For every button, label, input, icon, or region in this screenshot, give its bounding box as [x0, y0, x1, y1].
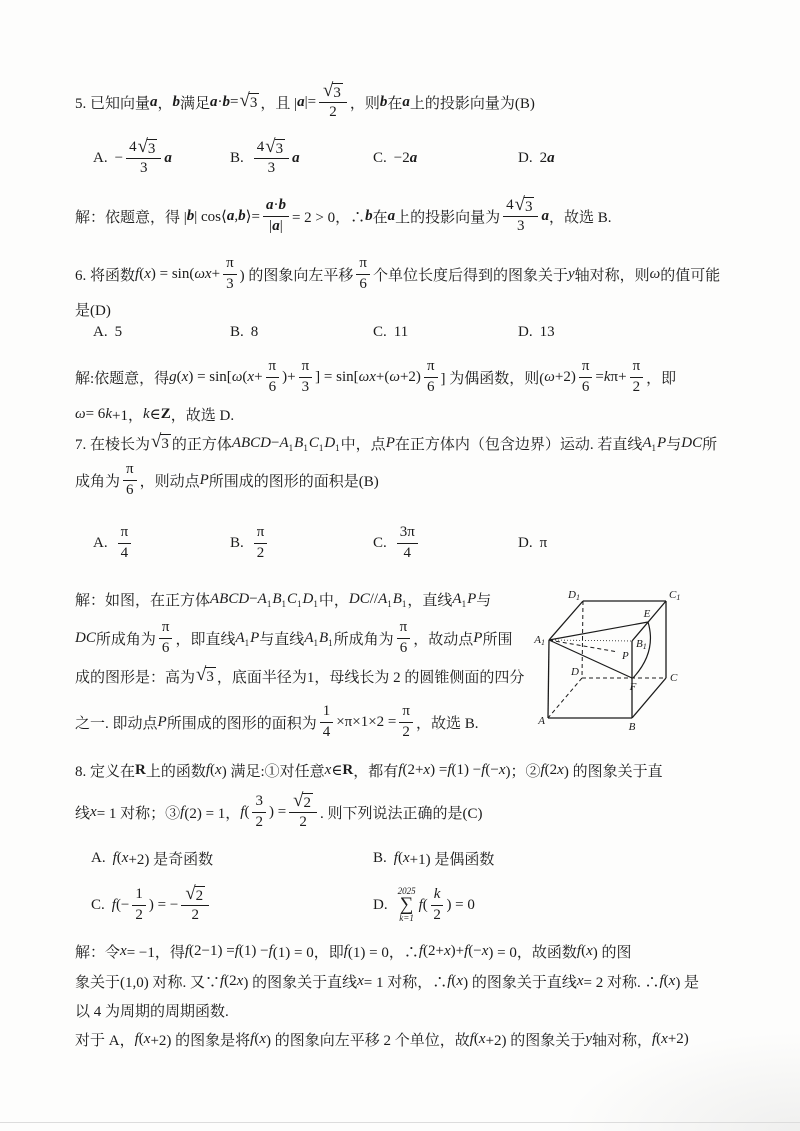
- svg-text:D1: D1: [567, 589, 580, 602]
- fraction-numerator: π: [397, 619, 411, 638]
- text-run: ，底面半径为1，母线长为 2 的圆锥侧面的四分: [217, 666, 525, 687]
- text-run: −: [249, 591, 257, 608]
- text-run: 3: [206, 669, 214, 686]
- math-run: x: [325, 762, 332, 779]
- text-run: ，则: [350, 92, 380, 113]
- text-run: 7. 在棱长为: [75, 433, 150, 454]
- fraction-numerator: π: [579, 358, 593, 377]
- text-run: 成角为: [75, 470, 120, 491]
- math-run: A: [235, 630, 244, 647]
- fraction: a·b|a|: [263, 197, 289, 235]
- svg-text:B: B: [629, 721, 636, 733]
- radicand: 3: [275, 139, 286, 158]
- option-A: A.f(x+2) 是奇函数: [91, 848, 373, 869]
- fraction-numerator: π: [118, 524, 132, 543]
- fraction: 4√33: [503, 197, 538, 236]
- q7-statement-2: 成角为π6，则动点 P 所围成的图形的面积是(B): [75, 458, 747, 502]
- math-run: 1: [267, 599, 272, 609]
- math-run: P: [200, 472, 209, 489]
- fraction-denominator: 4: [121, 544, 129, 562]
- text-run: 4: [121, 545, 129, 562]
- fraction-denominator: 2: [191, 906, 199, 924]
- math-run: C: [287, 591, 297, 608]
- cube-figure: D1 C1 E A1 B1 P D F C A B: [528, 580, 704, 740]
- radical-sign: √: [196, 666, 206, 685]
- text-run: (−: [468, 943, 481, 960]
- text-run: 个单位长度后得到的图象关于: [373, 264, 568, 285]
- text-run: +1，: [112, 404, 143, 425]
- q8-statement-2: 线 x = 1 对称；③f(2) = 1，f(32) =√22. 则下列说法正确…: [75, 786, 747, 838]
- q5-solution: 解：依题意，得 |b| cos⟨a,b⟩=a·b|a|= 2 > 0，∴b在a上…: [75, 188, 747, 244]
- text-run: 对于 A，: [75, 1029, 135, 1050]
- text-run: 3: [268, 160, 276, 177]
- text-run: 解：如图，在正方体: [75, 589, 210, 610]
- math-run: x: [423, 762, 430, 779]
- text-run: 3: [250, 95, 258, 112]
- text-run: 2: [303, 795, 311, 812]
- fraction-numerator: π: [223, 255, 237, 274]
- fraction-denominator: 2: [299, 813, 307, 831]
- math-run: x: [259, 1031, 266, 1048]
- text-run: π: [302, 358, 310, 375]
- fraction-denominator: 3: [517, 217, 525, 235]
- option-D: D.2025∑k=1f(k2) = 0: [373, 886, 475, 924]
- text-run: 6: [359, 276, 367, 293]
- text-run: 2: [135, 907, 143, 924]
- math-run: b: [380, 94, 388, 111]
- math-run: A: [279, 435, 288, 452]
- line-a1p: [549, 640, 618, 652]
- math-run: a: [410, 150, 418, 167]
- fraction: π2: [630, 358, 644, 396]
- text-run: ，故选 D.: [171, 404, 234, 425]
- text-run: 3: [525, 199, 533, 216]
- option-C: C.11: [373, 324, 518, 341]
- fraction-numerator: π: [424, 358, 438, 377]
- fraction-numerator: 4√3: [503, 197, 538, 218]
- text-run: ] = sin[: [315, 369, 358, 386]
- text-run: +1) 是偶函数: [410, 848, 495, 869]
- text-run: 3: [276, 141, 284, 158]
- text-run: ，都有: [353, 760, 398, 781]
- math-run: ω: [544, 369, 555, 386]
- fraction-numerator: 4√3: [254, 139, 289, 160]
- math-run: a: [210, 94, 218, 111]
- fraction: π4: [118, 524, 132, 562]
- text-run: 5: [115, 324, 123, 341]
- text-run: = 1 对称；③: [97, 802, 180, 823]
- math-run: 1: [335, 443, 340, 453]
- text-run: 3: [140, 160, 148, 177]
- text-run: π: [582, 358, 590, 375]
- fraction-denominator: 3: [268, 159, 276, 177]
- fraction: π6: [579, 358, 593, 396]
- text-run: π: [427, 358, 435, 375]
- text-run: π: [257, 524, 265, 541]
- text-run: 3: [226, 276, 234, 293]
- text-run: 在正方体内（包含边界）运动. 若直线: [395, 433, 643, 454]
- fraction: π6: [424, 358, 438, 396]
- math-run: x: [669, 973, 676, 990]
- math-run: x: [403, 850, 410, 867]
- text-run: ，直线: [407, 589, 452, 610]
- math-run: x: [122, 850, 129, 867]
- fraction-numerator: 4√3: [126, 139, 161, 160]
- fraction: 4√33: [126, 139, 161, 178]
- sigma-icon: ∑: [400, 896, 414, 914]
- fraction-numerator: π: [630, 358, 644, 377]
- fraction-numerator: 3π: [397, 524, 418, 543]
- fraction-numerator: k: [431, 886, 444, 905]
- option-B: B.4√33a: [230, 139, 373, 178]
- math-run: P: [158, 714, 167, 731]
- math-run: k: [143, 406, 150, 423]
- text-run: 在: [387, 92, 402, 113]
- option-label: A.: [91, 850, 106, 867]
- math-run: 1: [319, 443, 324, 453]
- fraction: π3: [299, 358, 313, 396]
- text-run: (1) = 0，∴: [348, 941, 419, 962]
- math-run: a: [266, 197, 274, 214]
- option-C: C.3π4: [373, 524, 518, 562]
- text-run: 与直线: [259, 628, 304, 649]
- fraction-numerator: π: [266, 358, 280, 377]
- radical: √3: [196, 667, 216, 686]
- fraction: 32: [252, 793, 266, 831]
- math-run: 1: [289, 443, 294, 453]
- math-run: ω: [194, 266, 205, 283]
- text-run: 中，点: [341, 433, 386, 454]
- math-run: ABCD: [232, 435, 271, 452]
- option-B: B.π2: [230, 524, 373, 562]
- text-run: 6: [269, 379, 277, 396]
- math-run: 1: [652, 443, 657, 453]
- text-run: ) = −: [149, 897, 178, 914]
- q6-solution-2: ω = 6k+1，k ∈ Z，故选 D.: [75, 402, 747, 426]
- fraction-numerator: π: [123, 461, 137, 480]
- math-run: x: [586, 943, 593, 960]
- math-run: C: [309, 435, 319, 452]
- text-run: π: [400, 619, 408, 636]
- svg-text:D: D: [570, 666, 579, 678]
- math-run: P: [250, 630, 259, 647]
- math-run: a: [388, 208, 396, 225]
- text-run: 之一. 即动点: [75, 712, 158, 733]
- text-run: 上的函数: [146, 760, 206, 781]
- text-run: (2−1) =: [189, 943, 235, 960]
- text-run: ，故选 B.: [416, 712, 479, 733]
- text-run: 轴对称，则: [575, 264, 650, 285]
- svg-text:A: A: [537, 715, 545, 727]
- text-run: 2: [402, 724, 410, 741]
- text-run: 所围成的图形的面积为: [167, 712, 317, 733]
- fraction-denominator: 2: [633, 378, 641, 396]
- radicand: 3: [524, 197, 535, 216]
- math-run: x: [482, 943, 489, 960]
- math-run: k: [105, 406, 112, 423]
- text-run: (2: [545, 762, 558, 779]
- math-run: DC: [75, 630, 96, 647]
- radicand: 3: [249, 93, 260, 112]
- text-run: ) = 0: [446, 897, 474, 914]
- summation-lower: k=1: [399, 914, 414, 923]
- radical-sign: √: [293, 792, 303, 811]
- svg-text:B1: B1: [636, 638, 647, 651]
- math-run: ABCD: [210, 591, 249, 608]
- fraction-denominator: 2: [402, 723, 410, 741]
- text-run: 的正方体: [172, 433, 232, 454]
- text-run: +2) 是奇函数: [128, 848, 213, 869]
- text-run: 成的图形是：高为: [75, 666, 195, 687]
- text-run: 6: [400, 640, 408, 657]
- text-run: 2: [191, 907, 199, 924]
- radicand: 3: [147, 139, 158, 158]
- text-run: 8: [251, 324, 259, 341]
- text-run: (1) = 0，即: [273, 941, 344, 962]
- fraction-denominator: 6: [269, 378, 277, 396]
- text-run: ] 为偶函数，则(: [441, 367, 545, 388]
- math-run: x: [205, 266, 212, 283]
- math-run: x: [182, 369, 189, 386]
- math-run: x: [120, 943, 127, 960]
- math-run: b: [238, 208, 246, 225]
- text-run: | cos⟨: [194, 207, 227, 226]
- math-run: A: [258, 591, 267, 608]
- q8-options-ab: A.f(x+2) 是奇函数B.f(x+1) 是偶函数: [75, 844, 747, 872]
- radicand: 3: [205, 667, 216, 686]
- text-run: π: [269, 358, 277, 375]
- text-run: (−: [116, 897, 129, 914]
- fraction: 3π4: [397, 524, 418, 562]
- fraction-denominator: 4: [404, 544, 412, 562]
- math-run: 1: [402, 599, 407, 609]
- text-run: ) 的图象关于直线: [243, 971, 357, 992]
- math-run: a: [150, 94, 158, 111]
- text-run: = 1 对称，∴: [364, 971, 447, 992]
- text-run: π: [633, 358, 641, 375]
- text-run: π: [359, 255, 367, 272]
- fraction: 14: [320, 703, 334, 741]
- text-run: 6. 将函数: [75, 264, 135, 285]
- fraction: 12: [132, 886, 146, 924]
- math-run: DC: [349, 591, 370, 608]
- fraction-numerator: π: [356, 255, 370, 274]
- text-run: 3: [333, 85, 341, 102]
- text-run: 与: [666, 433, 681, 454]
- text-run: 所成角为: [96, 628, 156, 649]
- text-run: +2) 的图象是将: [150, 1029, 250, 1050]
- math-run: b: [187, 208, 195, 225]
- radical-sign: √: [265, 138, 275, 157]
- text-run: π: [226, 255, 234, 272]
- text-run: 的值可能: [660, 264, 720, 285]
- document-page: 5. 已知向量a，b满足a·b=√3，且 |a|=√32，则b在a上的投影向量为…: [0, 0, 800, 1131]
- text-run: −: [115, 150, 123, 167]
- fraction: π6: [123, 461, 137, 499]
- text-run: 6: [126, 482, 134, 499]
- text-run: 4: [404, 545, 412, 562]
- q8-solution-1: 解：令 x = −1，得 f(2−1) = f(1) − f(1) = 0，即 …: [75, 936, 747, 966]
- text-run: )+: [451, 943, 464, 960]
- text-run: π: [121, 524, 129, 541]
- text-run: 解：依题意，得 |: [75, 206, 187, 227]
- fraction-numerator: 1: [320, 703, 334, 722]
- fraction-numerator: a·b: [263, 197, 289, 216]
- math-run: a: [547, 150, 555, 167]
- text-run: (2) = 1，: [184, 802, 240, 823]
- math-run: 1: [245, 638, 250, 648]
- text-run: ) =: [269, 804, 286, 821]
- q8-solution-3: 以 4 为周期的周期函数.: [75, 996, 747, 1024]
- text-run: 以 4 为周期的周期函数.: [75, 1000, 229, 1021]
- text-run: (2+: [402, 762, 423, 779]
- fraction-numerator: 1: [132, 886, 146, 905]
- math-run: A: [452, 591, 461, 608]
- text-run: (: [423, 897, 428, 914]
- text-run: 是(D): [75, 299, 111, 320]
- text-run: 在: [373, 206, 388, 227]
- fraction-denominator: 6: [359, 275, 367, 293]
- math-run: b: [223, 94, 231, 111]
- fraction-denominator: 2: [255, 813, 263, 831]
- text-run: −2: [394, 150, 410, 167]
- text-run: (1) −: [451, 762, 481, 779]
- radical: √3: [151, 434, 171, 453]
- cone-lines: [549, 622, 650, 678]
- fraction-denominator: 6: [162, 639, 170, 657]
- option-label: A.: [93, 535, 108, 552]
- q6-statement-1: 6. 将函数 f(x) = sin(ωx+π3) 的图象向左平移π6个单位长度后…: [75, 250, 747, 298]
- option-label: D.: [518, 150, 533, 167]
- math-run: x: [144, 1031, 151, 1048]
- radicand: 2: [302, 793, 313, 812]
- option-label: A.: [93, 150, 108, 167]
- text-run: ，故选 B.: [549, 206, 612, 227]
- math-run: 1: [462, 599, 467, 609]
- text-run: ) 的图: [593, 941, 632, 962]
- option-B: B.8: [230, 324, 373, 341]
- math-run: P: [386, 435, 395, 452]
- fraction-denominator: 3: [226, 275, 234, 293]
- math-run: 1: [297, 599, 302, 609]
- math-run: P: [657, 435, 666, 452]
- radical-sign: √: [185, 885, 195, 904]
- text-run: 3: [148, 141, 156, 158]
- fraction-denominator: 2: [433, 906, 441, 924]
- page-bottom-edge: [0, 1122, 800, 1123]
- text-run: +2): [555, 369, 576, 386]
- text-run: 8. 定义在: [75, 760, 135, 781]
- math-run: x: [144, 266, 151, 283]
- option-label: D.: [518, 535, 533, 552]
- scan-shadow: [560, 1031, 800, 1131]
- math-run: B: [272, 591, 281, 608]
- q7-statement-1: 7. 在棱长为√3的正方体 ABCD − A1B1C1D1 中，点 P 在正方体…: [75, 428, 747, 458]
- q5-statement: 5. 已知向量a，b满足a·b=√3，且 |a|=√32，则b在a上的投影向量为…: [75, 76, 747, 128]
- text-run: 2: [329, 104, 337, 121]
- math-run: 1: [328, 638, 333, 648]
- math-run: A: [378, 591, 387, 608]
- option-label: D.: [373, 897, 388, 914]
- math-run: P: [467, 591, 476, 608]
- radical: √3: [515, 197, 535, 216]
- text-run: 3: [302, 379, 310, 396]
- math-run: A: [642, 435, 651, 452]
- radicand: 2: [195, 886, 206, 905]
- math-run: a: [227, 208, 235, 225]
- q8-options-cd: C.f(−12) = −√22D.2025∑k=1f(k2) = 0: [75, 880, 747, 930]
- edge-a1b1: [549, 640, 632, 641]
- text-run: 2: [633, 379, 641, 396]
- text-run: 所成角为: [334, 628, 394, 649]
- text-run: 4: [257, 139, 265, 156]
- fraction-denominator: 6: [427, 378, 435, 396]
- math-run: y: [568, 266, 575, 283]
- text-run: ) =: [430, 762, 447, 779]
- math-run: R: [135, 762, 146, 779]
- math-run: P: [473, 630, 482, 647]
- svg-text:C1: C1: [669, 589, 680, 602]
- math-run: x: [215, 762, 222, 779]
- fraction: √22: [181, 886, 209, 925]
- math-run: ω: [232, 369, 243, 386]
- radical: √3: [265, 139, 285, 158]
- math-run: b: [365, 208, 373, 225]
- radical-sign: √: [515, 196, 525, 215]
- fraction: π2: [399, 703, 413, 741]
- text-run: 2: [196, 888, 204, 905]
- math-run: 1: [282, 599, 287, 609]
- option-C: C.f(−12) = −√22: [91, 886, 373, 925]
- math-run: x: [577, 973, 584, 990]
- text-run: )+: [282, 369, 295, 386]
- text-run: 2: [257, 545, 265, 562]
- text-run: = 6: [86, 406, 106, 423]
- radical: √2: [293, 793, 313, 812]
- fraction: π6: [397, 619, 411, 657]
- radical-sign: √: [151, 433, 161, 452]
- radicand: 3: [332, 83, 343, 102]
- math-run: ω: [359, 369, 370, 386]
- text-run: ) 的图象关于直线: [463, 971, 577, 992]
- text-run: +: [254, 369, 262, 386]
- radical-sign: √: [323, 82, 333, 101]
- math-run: x: [369, 369, 376, 386]
- svg-text:P: P: [621, 650, 629, 662]
- text-run: ，且 |: [260, 92, 297, 113]
- option-A: A.−4√33a: [93, 139, 230, 178]
- option-label: B.: [373, 850, 387, 867]
- document-body: 5. 已知向量a，b满足a·b=√3，且 |a|=√32，则b在a上的投影向量为…: [75, 76, 747, 1054]
- fraction-numerator: √2: [181, 886, 209, 907]
- math-run: x: [456, 973, 463, 990]
- text-run: ，即直线: [175, 628, 235, 649]
- text-run: 6: [162, 640, 170, 657]
- fraction-numerator: 3: [252, 793, 266, 812]
- text-run: =: [230, 94, 238, 111]
- text-run: ) 的图象向左平移: [240, 264, 354, 285]
- option-A: A.π4: [93, 524, 230, 562]
- fraction: 4√33: [254, 139, 289, 178]
- fraction-denominator: 3: [302, 378, 310, 396]
- math-run: A: [304, 630, 313, 647]
- math-run: a: [402, 94, 410, 111]
- fraction-denominator: |a|: [269, 217, 283, 235]
- math-run: B: [319, 630, 328, 647]
- math-run: Z: [161, 406, 171, 423]
- text-run: π: [402, 703, 410, 720]
- math-run: a: [541, 208, 549, 225]
